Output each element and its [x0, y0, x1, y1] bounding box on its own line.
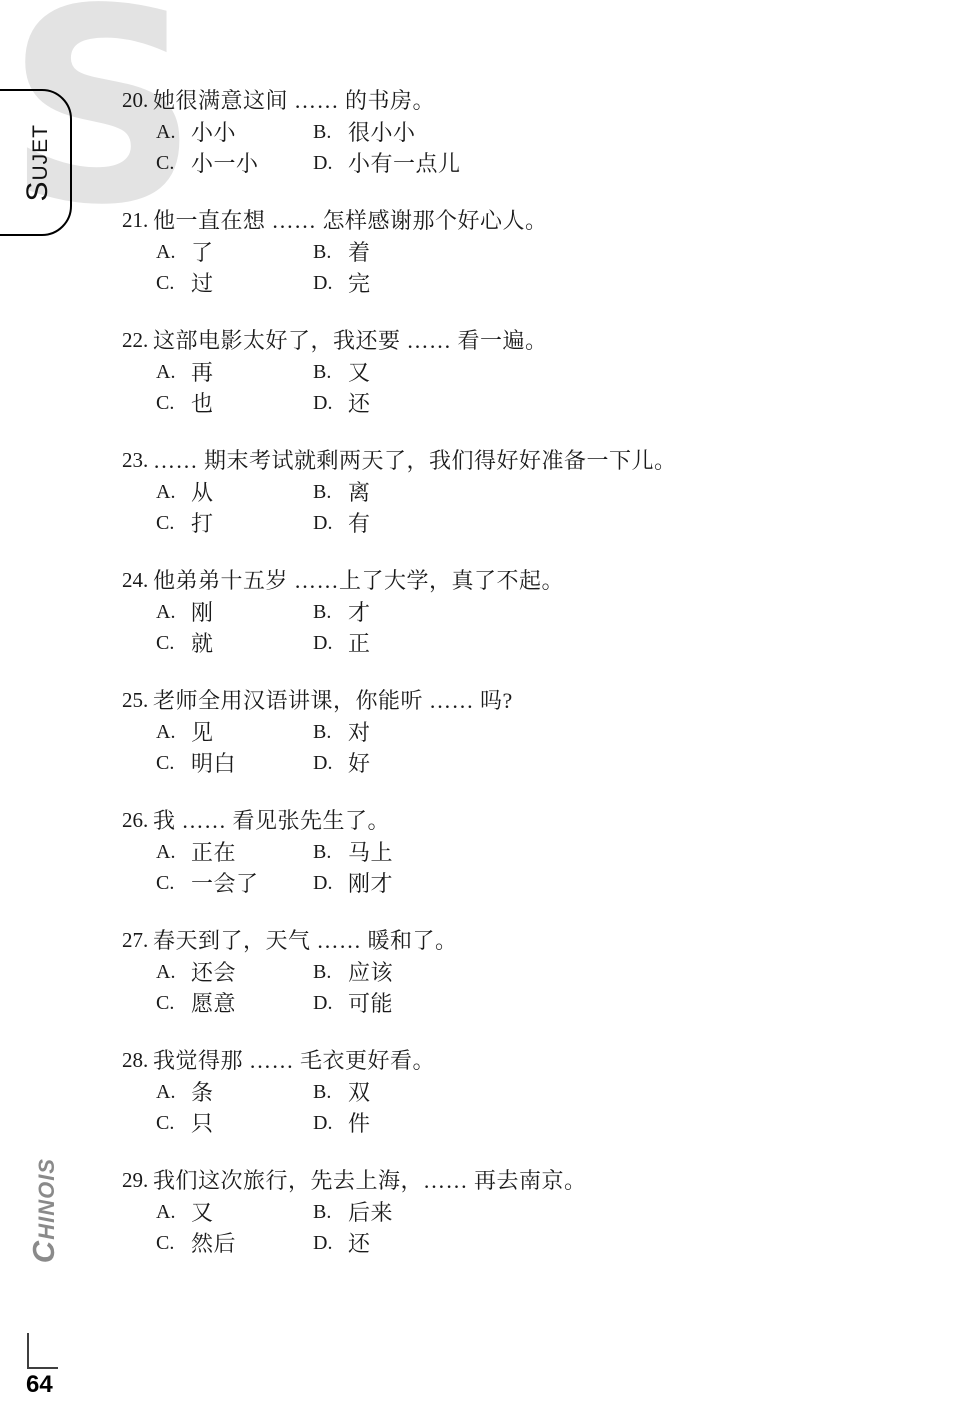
option: A. 见	[156, 717, 313, 748]
option-text: 打	[191, 508, 214, 539]
options: A. 刚 B. 才 C. 就 D. 正	[156, 597, 922, 659]
question-text: 他弟弟十五岁 ……上了大学，真了不起。	[153, 564, 922, 597]
option-text: 很小小	[348, 117, 416, 148]
sujet-tab-inner: Sujet	[2, 91, 74, 234]
option-text: 然后	[191, 1228, 236, 1259]
option-letter: D.	[313, 508, 348, 539]
option-letter: A.	[156, 1197, 191, 1228]
corner-mark	[27, 1333, 58, 1369]
option-letter: B.	[313, 1197, 348, 1228]
questions: 20. 她很满意这间 …… 的书房。 A. 小小 B. 很小小 C. 小一小 D…	[122, 84, 922, 1284]
option: D. 好	[313, 748, 922, 779]
option-text: 才	[348, 597, 371, 628]
option-letter: C.	[156, 508, 191, 539]
options: A. 从 B. 离 C. 打 D. 有	[156, 477, 922, 539]
option: D. 可能	[313, 988, 922, 1019]
option: A. 还会	[156, 957, 313, 988]
option-letter: D.	[313, 388, 348, 419]
option-text: 着	[348, 237, 371, 268]
option: B. 离	[313, 477, 922, 508]
option-text: 一会了	[191, 868, 259, 899]
option: C. 就	[156, 628, 313, 659]
option-letter: A.	[156, 1077, 191, 1108]
option: A. 正在	[156, 837, 313, 868]
question-block: 27. 春天到了，天气 …… 暖和了。 A. 还会 B. 应该 C. 愿意 D.…	[122, 924, 922, 1019]
option-letter: B.	[313, 597, 348, 628]
question-line: 29. 我们这次旅行，先去上海，…… 再去南京。	[122, 1164, 922, 1197]
option-text: 还	[348, 1228, 371, 1259]
question-line: 22. 这部电影太好了，我还要 …… 看一遍。	[122, 324, 922, 357]
option: D. 小有一点儿	[313, 148, 922, 179]
option: B. 又	[313, 357, 922, 388]
question-text: 他一直在想 …… 怎样感谢那个好心人。	[153, 204, 922, 237]
option-letter: B.	[313, 957, 348, 988]
question-text: …… 期末考试就剩两天了，我们得好好准备一下儿。	[153, 444, 922, 477]
option-text: 就	[191, 628, 214, 659]
question-number: 27.	[122, 924, 153, 957]
question-line: 21. 他一直在想 …… 怎样感谢那个好心人。	[122, 204, 922, 237]
option-text: 愿意	[191, 988, 236, 1019]
option-letter: D.	[313, 1228, 348, 1259]
option: A. 刚	[156, 597, 313, 628]
option-text: 小小	[191, 117, 236, 148]
option: C. 明白	[156, 748, 313, 779]
question-number: 21.	[122, 204, 153, 237]
option-text: 马上	[348, 837, 393, 868]
option: D. 还	[313, 1228, 922, 1259]
option-text: 了	[191, 237, 214, 268]
option: A. 又	[156, 1197, 313, 1228]
option-letter: A.	[156, 717, 191, 748]
question-line: 20. 她很满意这间 …… 的书房。	[122, 84, 922, 117]
option-letter: D.	[313, 628, 348, 659]
option-letter: A.	[156, 957, 191, 988]
question-text: 春天到了，天气 …… 暖和了。	[153, 924, 922, 957]
options: A. 了 B. 着 C. 过 D. 完	[156, 237, 922, 299]
option-letter: B.	[313, 477, 348, 508]
options: A. 条 B. 双 C. 只 D. 件	[156, 1077, 922, 1139]
option-letter: A.	[156, 597, 191, 628]
page-number: 64	[26, 1371, 53, 1399]
option-letter: D.	[313, 748, 348, 779]
option: C. 小一小	[156, 148, 313, 179]
option-letter: B.	[313, 357, 348, 388]
option-letter: B.	[313, 117, 348, 148]
question-text: 我们这次旅行，先去上海，…… 再去南京。	[153, 1164, 922, 1197]
question-line: 26. 我 …… 看见张先生了。	[122, 804, 922, 837]
option-letter: C.	[156, 628, 191, 659]
option: C. 一会了	[156, 868, 313, 899]
option-text: 小一小	[191, 148, 259, 179]
option: C. 打	[156, 508, 313, 539]
option-text: 后来	[348, 1197, 393, 1228]
option-letter: D.	[313, 868, 348, 899]
question-number: 23.	[122, 444, 153, 477]
question-block: 20. 她很满意这间 …… 的书房。 A. 小小 B. 很小小 C. 小一小 D…	[122, 84, 922, 179]
option-letter: C.	[156, 868, 191, 899]
option-letter: A.	[156, 357, 191, 388]
option-letter: C.	[156, 268, 191, 299]
option: D. 刚才	[313, 868, 922, 899]
question-block: 23. …… 期末考试就剩两天了，我们得好好准备一下儿。 A. 从 B. 离 C…	[122, 444, 922, 539]
options: A. 正在 B. 马上 C. 一会了 D. 刚才	[156, 837, 922, 899]
question-text: 这部电影太好了，我还要 …… 看一遍。	[153, 324, 922, 357]
option-letter: B.	[313, 1077, 348, 1108]
question-number: 26.	[122, 804, 153, 837]
option: B. 马上	[313, 837, 922, 868]
option-text: 还	[348, 388, 371, 419]
option: A. 条	[156, 1077, 313, 1108]
question-line: 27. 春天到了，天气 …… 暖和了。	[122, 924, 922, 957]
option-letter: D.	[313, 148, 348, 179]
option: D. 件	[313, 1108, 922, 1139]
option-text: 再	[191, 357, 214, 388]
option-letter: B.	[313, 717, 348, 748]
question-number: 24.	[122, 564, 153, 597]
sujet-tab: Sujet	[0, 89, 72, 236]
option: C. 愿意	[156, 988, 313, 1019]
option-text: 正	[348, 628, 371, 659]
option-letter: B.	[313, 237, 348, 268]
question-block: 26. 我 …… 看见张先生了。 A. 正在 B. 马上 C. 一会了 D. 刚…	[122, 804, 922, 899]
option-letter: A.	[156, 117, 191, 148]
option: A. 从	[156, 477, 313, 508]
option-text: 应该	[348, 957, 393, 988]
question-number: 25.	[122, 684, 153, 717]
options: A. 小小 B. 很小小 C. 小一小 D. 小有一点儿	[156, 117, 922, 179]
option-text: 件	[348, 1108, 371, 1139]
option-text: 完	[348, 268, 371, 299]
option: B. 才	[313, 597, 922, 628]
option: C. 只	[156, 1108, 313, 1139]
option-text: 正在	[191, 837, 236, 868]
question-text: 我 …… 看见张先生了。	[153, 804, 922, 837]
question-line: 23. …… 期末考试就剩两天了，我们得好好准备一下儿。	[122, 444, 922, 477]
option-text: 小有一点儿	[348, 148, 461, 179]
option-letter: D.	[313, 268, 348, 299]
option-letter: D.	[313, 1108, 348, 1139]
option-text: 离	[348, 477, 371, 508]
option-letter: A.	[156, 237, 191, 268]
option-letter: C.	[156, 1108, 191, 1139]
option: A. 了	[156, 237, 313, 268]
question-text: 我觉得那 …… 毛衣更好看。	[153, 1044, 922, 1077]
option: D. 正	[313, 628, 922, 659]
question-line: 28. 我觉得那 …… 毛衣更好看。	[122, 1044, 922, 1077]
options: A. 再 B. 又 C. 也 D. 还	[156, 357, 922, 419]
option-text: 刚	[191, 597, 214, 628]
option-text: 又	[191, 1197, 214, 1228]
option-text: 条	[191, 1077, 214, 1108]
question-block: 29. 我们这次旅行，先去上海，…… 再去南京。 A. 又 B. 后来 C. 然…	[122, 1164, 922, 1259]
question-text: 老师全用汉语讲课，你能听 …… 吗?	[153, 684, 922, 717]
option-text: 明白	[191, 748, 236, 779]
option-text: 可能	[348, 988, 393, 1019]
options: A. 见 B. 对 C. 明白 D. 好	[156, 717, 922, 779]
question-text: 她很满意这间 …… 的书房。	[153, 84, 922, 117]
option-text: 双	[348, 1077, 371, 1108]
option: D. 有	[313, 508, 922, 539]
question-block: 21. 他一直在想 …… 怎样感谢那个好心人。 A. 了 B. 着 C. 过 D…	[122, 204, 922, 299]
question-block: 28. 我觉得那 …… 毛衣更好看。 A. 条 B. 双 C. 只 D. 件	[122, 1044, 922, 1139]
option-letter: D.	[313, 988, 348, 1019]
question-number: 20.	[122, 84, 153, 117]
option: B. 应该	[313, 957, 922, 988]
option-text: 见	[191, 717, 214, 748]
option: B. 对	[313, 717, 922, 748]
option: A. 小小	[156, 117, 313, 148]
option: D. 还	[313, 388, 922, 419]
question-number: 28.	[122, 1044, 153, 1077]
question-line: 24. 他弟弟十五岁 ……上了大学，真了不起。	[122, 564, 922, 597]
option-letter: A.	[156, 477, 191, 508]
option: B. 着	[313, 237, 922, 268]
question-number: 22.	[122, 324, 153, 357]
option-letter: B.	[313, 837, 348, 868]
option-letter: C.	[156, 148, 191, 179]
option-text: 刚才	[348, 868, 393, 899]
option: C. 过	[156, 268, 313, 299]
option-letter: C.	[156, 1228, 191, 1259]
option-text: 从	[191, 477, 214, 508]
option-letter: A.	[156, 837, 191, 868]
option-letter: C.	[156, 748, 191, 779]
option-text: 好	[348, 748, 371, 779]
chinois-footer: Chinois	[20, 1136, 68, 1286]
option-text: 有	[348, 508, 371, 539]
option: D. 完	[313, 268, 922, 299]
option-text: 又	[348, 357, 371, 388]
option: B. 很小小	[313, 117, 922, 148]
option-text: 只	[191, 1108, 214, 1139]
option: A. 再	[156, 357, 313, 388]
options: A. 又 B. 后来 C. 然后 D. 还	[156, 1197, 922, 1259]
question-number: 29.	[122, 1164, 153, 1197]
question-line: 25. 老师全用汉语讲课，你能听 …… 吗?	[122, 684, 922, 717]
chinois-footer-label: Chinois	[26, 1158, 62, 1263]
question-block: 24. 他弟弟十五岁 ……上了大学，真了不起。 A. 刚 B. 才 C. 就 D…	[122, 564, 922, 659]
option: B. 双	[313, 1077, 922, 1108]
option: C. 然后	[156, 1228, 313, 1259]
option-text: 对	[348, 717, 371, 748]
option-letter: C.	[156, 388, 191, 419]
option: C. 也	[156, 388, 313, 419]
options: A. 还会 B. 应该 C. 愿意 D. 可能	[156, 957, 922, 1019]
question-block: 22. 这部电影太好了，我还要 …… 看一遍。 A. 再 B. 又 C. 也 D…	[122, 324, 922, 419]
option-letter: C.	[156, 988, 191, 1019]
sujet-tab-label: Sujet	[21, 124, 55, 202]
option-text: 还会	[191, 957, 236, 988]
option-text: 过	[191, 268, 214, 299]
option: B. 后来	[313, 1197, 922, 1228]
question-block: 25. 老师全用汉语讲课，你能听 …… 吗? A. 见 B. 对 C. 明白 D…	[122, 684, 922, 779]
option-text: 也	[191, 388, 214, 419]
